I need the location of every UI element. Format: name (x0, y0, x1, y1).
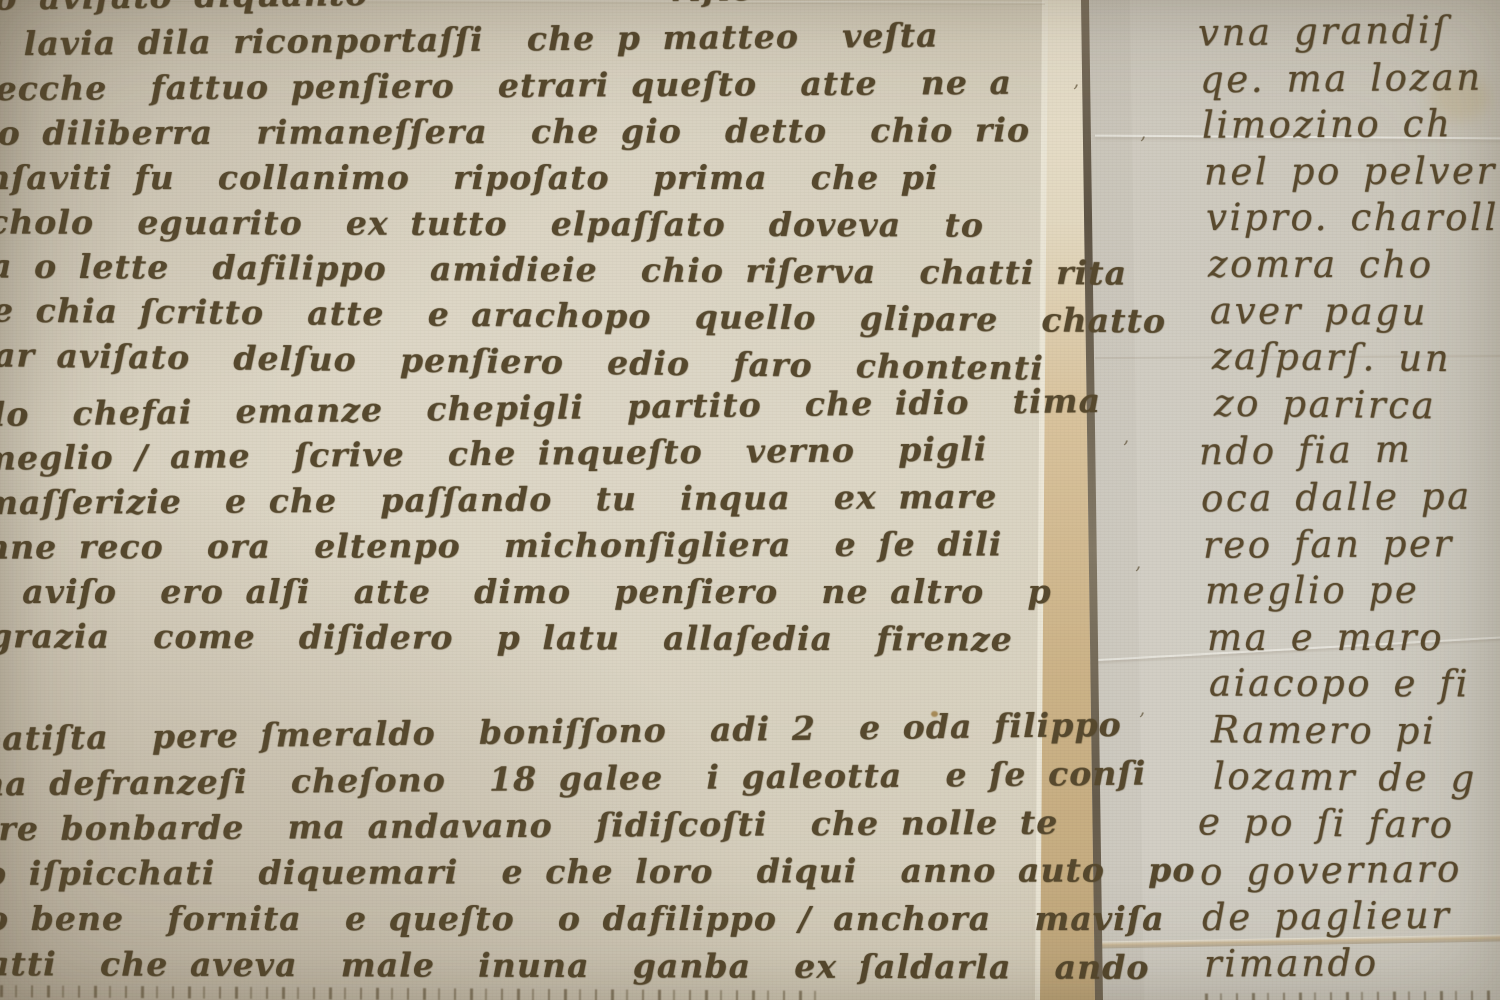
paper-stain (1430, 75, 1490, 121)
manuscript-photo: to aviſato diquanto riſioe lavia dila ri… (0, 0, 1500, 1000)
rust-speck (931, 711, 938, 717)
